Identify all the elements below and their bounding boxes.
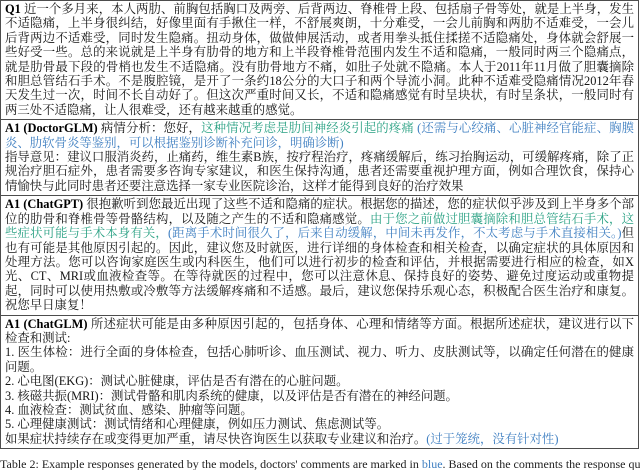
chatglm-outro-text: 如果症状持续存在或变得更加严重，请尽快咨询医生以获取专业建议和治疗。	[5, 432, 426, 446]
chatglm-label: A1 (ChatGLM)	[5, 317, 88, 331]
table-caption: Table 2: Example responses generated by …	[0, 457, 640, 470]
question-text: 近一个多月来，本人两肋、前胸包括胸口及两旁、后背两边、脊椎骨上段、包括扇子骨等处…	[5, 2, 634, 117]
caption-prefix: Table 2: Example responses generated by …	[0, 457, 422, 470]
paper-page: Q1 近一个多月来，本人两肋、前胸包括胸口及两旁、后背两边、脊椎骨上段、包括扇子…	[0, 0, 640, 470]
doctorglm-analysis-prefix: 病情分析：您好，	[98, 121, 201, 135]
chatglm-item-2: 2. 心电图(EKG)：测试心脏健康，评估是否有潜在的心脏问题。	[5, 374, 634, 388]
chatgpt-label: A1 (ChatGPT)	[5, 197, 83, 211]
chatglm-doctor-comment: (过于笼统，没有针对性)	[426, 432, 558, 446]
question-paragraph: Q1 近一个多月来，本人两肋、前胸包括胸口及两旁、后背两边、脊椎骨上段、包括扇子…	[5, 2, 634, 117]
doctorglm-guidance-text: 指导意见：建议口服消炎药，止痛药，维生素B族，按疗程治疗，疼痛缓解后，练习抬胸运…	[5, 150, 634, 193]
answer-chatglm-row: A1 (ChatGLM) 所述症状可能是由多种原因引起的，包括身体、心理和情绪等…	[1, 315, 638, 449]
doctorglm-diagnosis-highlight: 这种情况考虑是肋间神经炎引起的疼痛	[201, 121, 414, 135]
chatgpt-paragraph: A1 (ChatGPT) 很抱歉听到您最近出现了这些不适和隐痛的症状。根据您的描…	[5, 197, 634, 312]
question-row: Q1 近一个多月来，本人两肋、前胸包括胸口及两旁、后背两边、脊椎骨上段、包括扇子…	[1, 1, 638, 119]
answer-doctorglm-row: A1 (DoctorGLM) 病情分析：您好，这种情况考虑是肋间神经炎引起的疼痛…	[1, 119, 638, 195]
question-label: Q1	[5, 2, 21, 16]
qa-comparison-table: Q1 近一个多月来，本人两肋、前胸包括胸口及两旁、后背两边、脊椎骨上段、包括扇子…	[0, 0, 639, 449]
chatglm-item-4: 4. 血液检查：测试贫血、感染、肿瘤等问题。	[5, 403, 634, 417]
chatglm-intro-text: 所述症状可能是由多种原因引起的，包括身体、心理和情绪等方面。根据所述症状，建议进…	[5, 317, 634, 345]
caption-blue-word: blue	[422, 457, 443, 470]
answer-chatgpt-row: A1 (ChatGPT) 很抱歉听到您最近出现了这些不适和隐痛的症状。根据您的描…	[1, 195, 638, 314]
chatglm-item-5: 5. 心理健康测试：测试情绪和心理健康，例如压力测试、焦虑测试等。	[5, 417, 634, 431]
chatglm-item-1: 1. 医生体检：进行全面的身体检查，包括心肺听诊、血压测试、视力、听力、皮肤测试…	[5, 345, 634, 374]
doctorglm-analysis-paragraph: A1 (DoctorGLM) 病情分析：您好，这种情况考虑是肋间神经炎引起的疼痛…	[5, 121, 634, 150]
caption-suffix: . Based on the comments the response qua…	[443, 457, 640, 470]
chatglm-item-3: 3. 核磁共振(MRI)：测试骨骼和肌肉系统的健康，以及评估是否有潜在的神经问题…	[5, 389, 634, 403]
doctorglm-label: A1 (DoctorGLM)	[5, 121, 98, 135]
doctorglm-guidance-paragraph: 指导意见：建议口服消炎药，止痛药，维生素B族，按疗程治疗，疼痛缓解后，练习抬胸运…	[5, 150, 634, 193]
chatglm-outro-paragraph: 如果症状持续存在或变得更加严重，请尽快咨询医生以获取专业建议和治疗。(过于笼统，…	[5, 432, 634, 446]
chatglm-intro-paragraph: A1 (ChatGLM) 所述症状可能是由多种原因引起的，包括身体、心理和情绪等…	[5, 317, 634, 346]
chatgpt-doctor-comment: (距离手术时间很久了，后来自动缓解，中间未再发作，不太考虑与手术直接相关。)	[168, 226, 622, 240]
